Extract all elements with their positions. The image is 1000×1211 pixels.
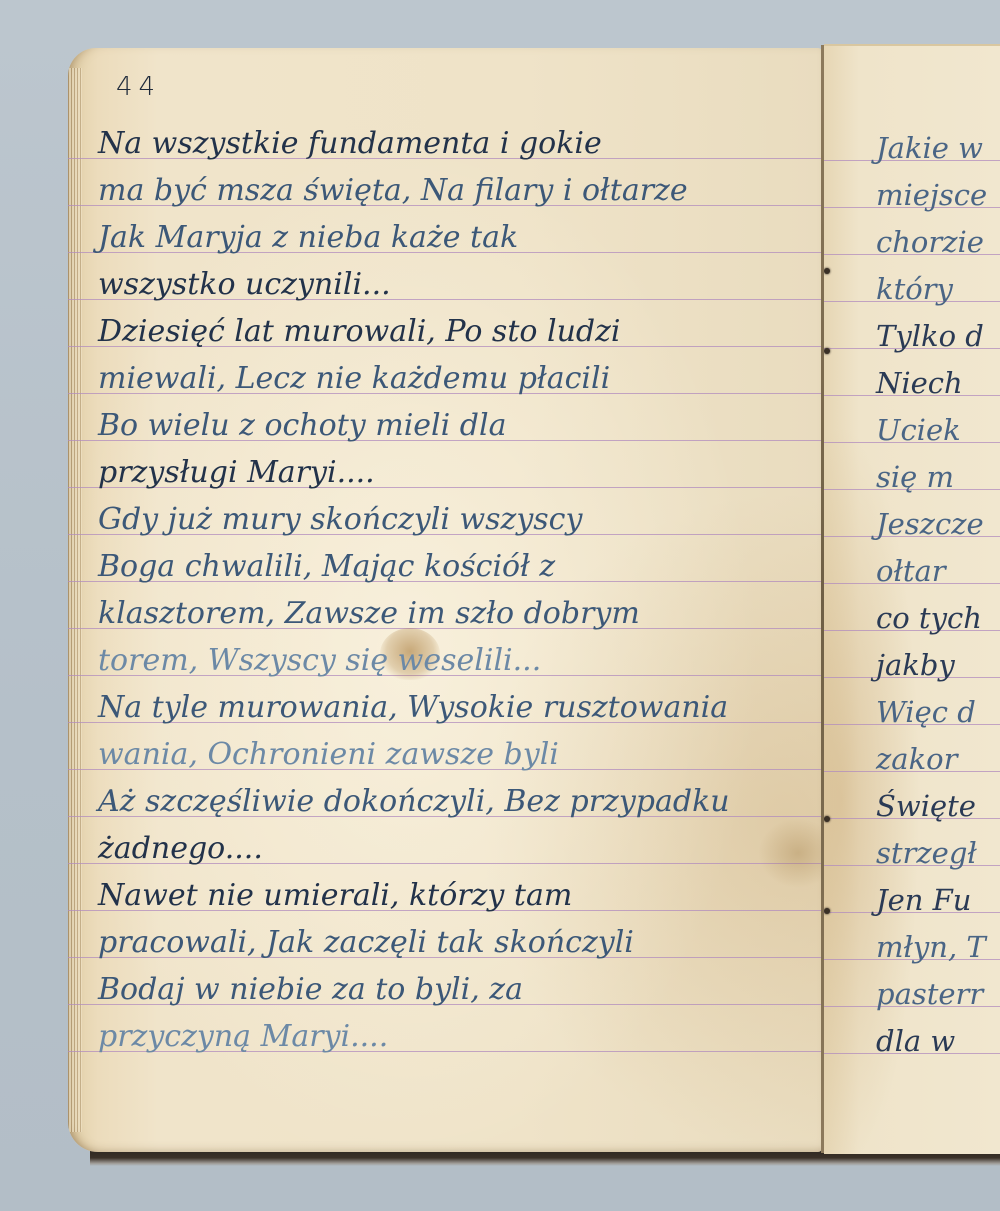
handwritten-line-partial: Niech bbox=[876, 363, 963, 403]
handwritten-line-partial: jakby bbox=[876, 645, 955, 685]
handwritten-line: klasztorem, Zawsze im szło dobrym bbox=[98, 594, 640, 634]
handwritten-line-partial: zakor bbox=[876, 739, 957, 779]
handwritten-line-partial: Jakie w bbox=[876, 128, 983, 168]
staple-icon bbox=[824, 816, 830, 822]
handwritten-line-partial: młyn, T bbox=[876, 927, 986, 967]
handwritten-line-partial: chorzie bbox=[876, 222, 984, 262]
handwritten-line-partial: Jen Fu bbox=[876, 880, 971, 920]
right-page: Jakie w miejsce chorzie który Tylko d Ni… bbox=[824, 44, 1000, 1154]
handwritten-line: przysługi Maryi.... bbox=[98, 453, 375, 493]
handwritten-line: przyczyną Maryi.... bbox=[98, 1017, 388, 1057]
handwritten-line: Bodaj w niebie za to byli, za bbox=[98, 970, 523, 1010]
handwritten-line-partial: Święte bbox=[876, 786, 976, 826]
handwritten-line: wania, Ochronieni zawsze byli bbox=[98, 735, 559, 775]
handwritten-line-partial: Uciek bbox=[876, 410, 961, 450]
handwritten-line: Gdy już mury skończyli wszyscy bbox=[98, 500, 582, 540]
handwritten-line-partial: Więc d bbox=[876, 692, 976, 732]
handwritten-line-partial: Jeszcze bbox=[876, 504, 984, 544]
handwritten-line: torem, Wszyscy się weselili... bbox=[98, 641, 541, 681]
water-stain bbox=[758, 818, 822, 888]
handwritten-line-partial: dla w bbox=[876, 1021, 955, 1061]
handwritten-line: Aż szczęśliwie dokończyli, Bez przypadku bbox=[98, 782, 730, 822]
handwritten-line: żadnego.... bbox=[98, 829, 263, 869]
handwritten-line: pracowali, Jak zaczęli tak skończyli bbox=[98, 923, 634, 963]
handwritten-line: Boga chwalili, Mając kościół z bbox=[98, 547, 555, 587]
handwritten-line: wszystko uczynili... bbox=[98, 265, 391, 305]
handwritten-line-partial: co tych bbox=[876, 598, 982, 638]
handwritten-line-partial: ołtar bbox=[876, 551, 946, 591]
handwritten-line-partial: miejsce bbox=[876, 175, 987, 215]
staple-icon bbox=[824, 348, 830, 354]
handwritten-line-partial: się m bbox=[876, 457, 954, 497]
handwritten-line-partial: strzegł bbox=[876, 833, 977, 873]
handwritten-line-partial: który bbox=[876, 269, 953, 309]
handwritten-line: Bo wielu z ochoty mieli dla bbox=[98, 406, 506, 446]
handwritten-line: Na wszystkie fundamenta i gokie bbox=[98, 124, 602, 164]
handwritten-line: Na tyle murowania, Wysokie rusztowania bbox=[98, 688, 728, 728]
handwritten-line-partial: Tylko d bbox=[876, 316, 984, 356]
staple-icon bbox=[824, 908, 830, 914]
page-number: 44 bbox=[116, 72, 161, 102]
handwritten-line: Dziesięć lat murowali, Po sto ludzi bbox=[98, 312, 621, 352]
staple-icon bbox=[824, 268, 830, 274]
handwritten-line-partial: pasterr bbox=[876, 974, 983, 1014]
handwritten-line: Jak Maryja z nieba każe tak bbox=[98, 218, 518, 258]
handwritten-line: miewali, Lecz nie każdemu płacili bbox=[98, 359, 610, 399]
left-page: 44 Na wszystkie fundamenta i gokie ma by… bbox=[68, 48, 822, 1152]
handwritten-line: ma być msza święta, Na filary i ołtarze bbox=[98, 171, 688, 211]
handwritten-line: Nawet nie umierali, którzy tam bbox=[98, 876, 572, 916]
